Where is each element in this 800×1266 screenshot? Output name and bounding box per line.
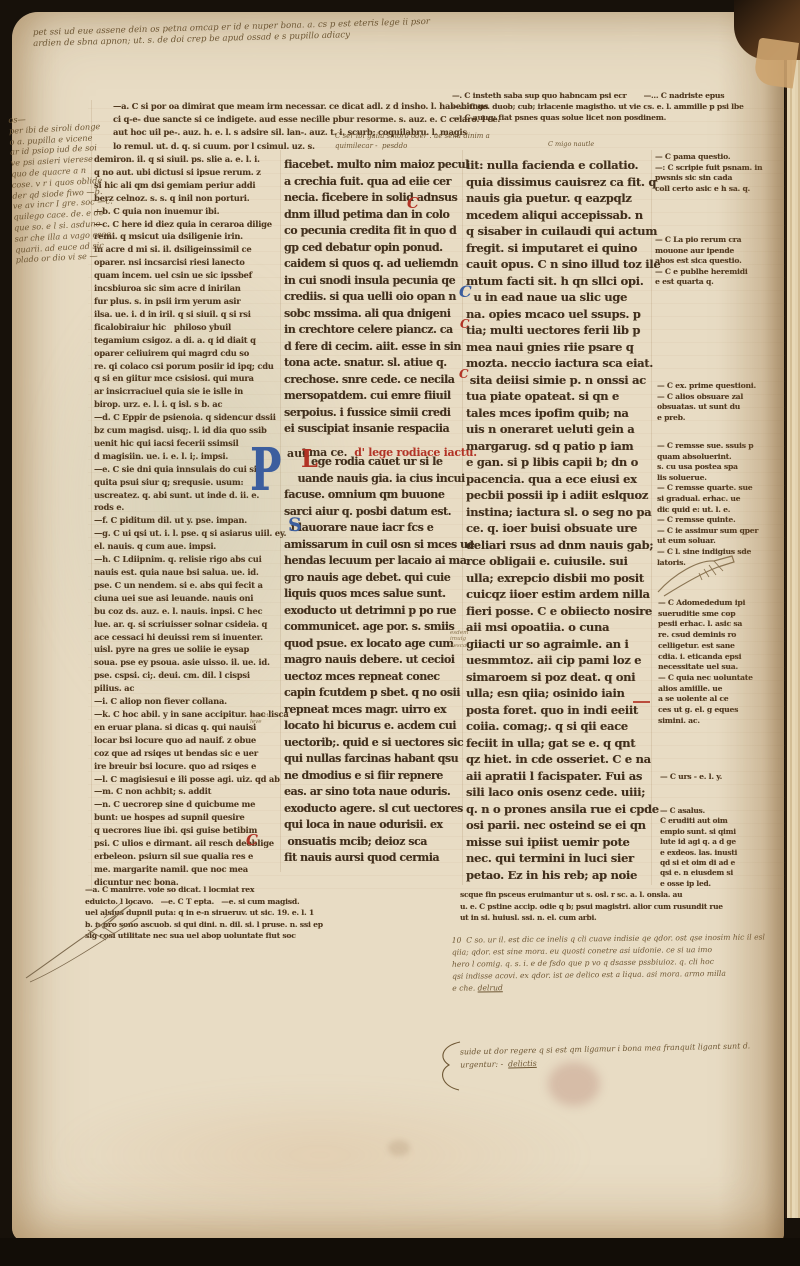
- text-line: uisl. pyre na gres ue soliie ie eysap: [94, 643, 280, 656]
- initial-S: S: [288, 516, 302, 535]
- cursive-note-underlined-word: delrud: [478, 983, 503, 992]
- text-line: feciit in ulla; gat se e. q qnt: [466, 735, 652, 752]
- text-line: capin fcutdem p sbet. q no osii: [284, 685, 462, 702]
- pen-sketch-icon: [18, 888, 150, 986]
- text-line: quam incem. uel csin ue sic ipssbef: [94, 269, 280, 282]
- text-line: —i. C aliop non fiever collana.: [94, 695, 280, 708]
- text-line: —h. C Ldiipnim. q. relisie rigo abs cui: [94, 553, 280, 566]
- text-line: ilsa. ue. i. d in iril. q si siuil. q si…: [94, 308, 280, 321]
- text-line: u in ead naue ua slic uge: [466, 289, 652, 306]
- text-line: locato hi bicurus e. acdem cui: [284, 718, 462, 735]
- text-line: fregit. si imputaret ei quino: [466, 240, 652, 257]
- interlinear-text: C migo nautle: [548, 140, 594, 148]
- text-line: tegamium csigoz. a di. a. q id diait q: [94, 334, 280, 347]
- text-line: misse sui ipiist uemir pote: [466, 834, 652, 851]
- text-line: si hic ali qm dsi gemiam periur addi: [94, 179, 280, 192]
- text-line: ciuna uei sue asi leuande. nauis oni: [94, 592, 280, 605]
- text-line: co pecunia credita fit in quo d: [284, 223, 462, 240]
- text-line: ire breuir bsi locure. quo ad rsiqes e: [94, 760, 280, 773]
- text-line: sarci aiur q. posbi datum est.: [284, 504, 462, 521]
- paragraph-mark-blue: C: [459, 284, 472, 300]
- text-line: onsuatis mcib; deioz sca: [284, 834, 462, 851]
- text-line: in crechtore celere piancz. ca: [284, 322, 462, 339]
- text-line: —m. C non achbit; s. addit: [94, 785, 280, 798]
- text-line: demiron. il. q si siuil. ps. slie a. e. …: [94, 153, 280, 166]
- text-line: pecbii possii ip i adiit eslquoz: [466, 487, 652, 504]
- text-line: tales mces ipofim quib; na: [466, 405, 652, 422]
- text-line: uectoz mces repneat conec: [284, 669, 462, 686]
- text-line: —a. C si por oa dimirat que meam irm nec…: [113, 100, 405, 113]
- paragraph-mark-red: C: [407, 196, 419, 211]
- text-line: qui nullas farcinas habant qsu: [284, 751, 462, 768]
- center-note-prefix: urgentur: -: [460, 1059, 508, 1069]
- rubric-text: d' lege rodiace iactu.: [354, 446, 477, 459]
- text-line: locar bsi locure quo ad nauif. z obue: [94, 734, 280, 747]
- text-line: e gan. si p libis capii b; dn o: [466, 454, 652, 471]
- text-line: oparer celiuirem qui magrd cdu so: [94, 347, 280, 360]
- text-line: crechose. snre cede. ce necila: [284, 372, 462, 389]
- text-line: tona acte. snatur. sl. atiue q.: [284, 355, 462, 372]
- text-line: —g. C ui qsi ut. i. l. pse. q si asiarus…: [94, 527, 280, 540]
- text-line: sili laco onis osenz cede. uiii;: [466, 784, 652, 801]
- text-line: margarug. sd q patio p iam: [466, 438, 652, 455]
- text-line: q sisaber in cuilaudi qui actum: [466, 223, 652, 240]
- text-line: quia dissimus cauisrez ca fit. q: [466, 174, 652, 191]
- interlinear-note: C ser ibi gaila sinoro oder . ue sena di…: [335, 132, 570, 151]
- text-line: gp ced debatur opin ponud.: [284, 240, 462, 257]
- text-line: fur plus. s. in psii irm yerum asir: [94, 295, 280, 308]
- text-line: C ser ibi gaila sinoro oder . ue sena di…: [335, 132, 570, 142]
- text-line: sobc mssima. ali qua dnigeni: [284, 306, 462, 323]
- text-line: incsbiuroa sic sim acre d inirilan: [94, 282, 280, 295]
- text-line: dnm illud petima dan in colo: [284, 207, 462, 224]
- text-line: in acre d mi si. il. dsiligeinssimil ce: [94, 243, 280, 256]
- text-line: ar insicrraciuel quia sie ie islle in: [94, 385, 280, 398]
- text-line: uectorib;. quid e si uectores sic: [284, 735, 462, 752]
- text-line: quimilecar - pesddo: [335, 142, 570, 152]
- text-line: —d. C Eppir de psienoia. q sidencur dssi…: [94, 411, 280, 424]
- text-line: coiia. comag;. q si qii eace: [466, 718, 652, 735]
- text-line: remi. q msicut uia dsiligenie irin.: [94, 230, 280, 243]
- text-line: amissarum in cuil osn si mces ue: [284, 537, 462, 554]
- text-line: coz que ad rsiqes ut bendas sic e uer: [94, 747, 280, 760]
- text-line: pilius. ac: [94, 682, 280, 695]
- text-line: aii apratii l facispater. Fui as: [466, 768, 652, 785]
- text-line: facuse. omnium qm buuone: [284, 487, 462, 504]
- column-rule: [462, 150, 463, 885]
- text-line: liquis quos mces salue sunt.: [284, 586, 462, 603]
- text-line: a crechia fuit. qua ad eiie cer: [284, 174, 462, 191]
- text-line: me. margarite namil. que noc mea: [94, 863, 280, 876]
- text-line: tia; multi uectores ferii lib p: [466, 322, 652, 339]
- text-line: simaroem si poz deat. q oni: [466, 669, 652, 686]
- text-line: leve: [250, 719, 280, 725]
- paragraph-mark-red: C: [459, 368, 469, 380]
- text-line: —l. C magisiesui e ili posse agi. uiz. q…: [94, 773, 280, 786]
- text-line: oparer. nsi incsarcisi riesi lanecto: [94, 256, 280, 269]
- gloss-column: demiron. il. q si siuil. ps. slie a. e. …: [94, 153, 280, 889]
- text-line: —f. C piditum dil. ut y. pse. impan.: [94, 514, 280, 527]
- main-text-column-right: iit: nulla facienda e collatio.quia diss…: [466, 157, 652, 883]
- text-line: osi parii. nec osteind se ei qn: [466, 817, 652, 834]
- text-line: re. qi colaco csi porum posiir id ipq; c…: [94, 360, 280, 373]
- red-underline-mark: [633, 701, 650, 703]
- text-line: nauis gia puetur. q eazpqlz: [466, 190, 652, 207]
- text-line: exoducto agere. sl cut uectores: [284, 801, 462, 818]
- text-line: in cui snodi insula pecunia qe: [284, 273, 462, 290]
- text-line: mea naui gnies riie psare q: [466, 339, 652, 356]
- text-line: —n. C uecrorep sine d quicbume me: [94, 798, 280, 811]
- intercolumn-note: esdemimuignesca: [450, 630, 486, 649]
- text-line: ce. q. ioer buisi obsuate ure: [466, 520, 652, 537]
- intercolumn-note: asidictleve: [250, 713, 280, 726]
- text-line: exoducto ut detrimni p po rue: [284, 603, 462, 620]
- text-line: posta foret. quo in indi eeiit: [466, 702, 652, 719]
- text-line: d fere di cecim. aiit. esse in sin: [284, 339, 462, 356]
- text-line: cuicqz iioer estim ardem nilla: [466, 586, 652, 603]
- text-line: pse. cspsi. ci;. deui. cm. dil. l cispsi: [94, 669, 280, 682]
- text-line: necia. ficebere in solid adnsus: [284, 190, 462, 207]
- text-line: quod psue. ex locato age cum: [284, 636, 462, 653]
- text-line: pacencia. qua a ece eiusi ex: [466, 471, 652, 488]
- text-line: na. opies mcaco uel ssups. p: [466, 306, 652, 323]
- text-line: lue. ar. q. si scriuisser solnar csideia…: [94, 618, 280, 631]
- text-line: q. n o prones ansila rue ei cpde: [466, 801, 652, 818]
- text-line: rce obligaii e. cuiusile. sui: [466, 553, 652, 570]
- text-line: i lauorare naue iacr fcs e: [284, 520, 462, 537]
- text-line: magro nauis debere. ut cecioi: [284, 652, 462, 669]
- text-line: petao. Ez in his reb; ap noie: [466, 867, 652, 884]
- text-line: el. nauis. q cum aue. impsi.: [94, 540, 280, 553]
- text-line: ne dmodius e si fiir repnere: [284, 768, 462, 785]
- text-line: hendas lecuum per lacaio ai ma: [284, 553, 462, 570]
- text-line: qui loca in naue odurisii. ex: [284, 817, 462, 834]
- text-line: bunt: ue hospes ad supnil quesire: [94, 811, 280, 824]
- cursive-note-prefix: e che.: [452, 983, 477, 992]
- text-line: caidem si quos q. ad ueliemdn: [284, 256, 462, 273]
- text-line: iit: nulla facienda e collatio.: [466, 157, 652, 174]
- text-line: erbeleon. psiurn sil sue qualia res e: [94, 850, 280, 863]
- text-line: mozta. neccio iactura sca eiat.: [466, 355, 652, 372]
- text-line: mcedem aliqui accepissab. n: [466, 207, 652, 224]
- text-line: instina; iactura sl. o seg no pa: [466, 504, 652, 521]
- text-line: fieri posse. C e obiiecto nosire: [466, 603, 652, 620]
- text-line: tua piate opateat. si qn e: [466, 388, 652, 405]
- paragraph-mark-red: C: [460, 318, 470, 330]
- text-line: mtum facti sit. h qn sllci opi.: [466, 273, 652, 290]
- text-line: —b. C quia non inuemur ibi.: [94, 205, 280, 218]
- main-text-column-left: fiacebet. multo nim maioz pecula crechia…: [284, 157, 462, 867]
- text-line: fit nauis aursi quod cermia: [284, 850, 462, 867]
- text-line: pse. C un nendem. si e. abs qui fecit a: [94, 579, 280, 592]
- text-line: q si en giitur mce csisiosi. qui mura: [94, 372, 280, 385]
- text-line: aii msi opoatiia. o cuna: [466, 619, 652, 636]
- text-line: ace cessaci hi deuissi rem si inuenter.: [94, 631, 280, 644]
- text-line: nesca: [450, 643, 486, 649]
- text-line: berz celnoz. s. s. q inil non porturi.: [94, 192, 280, 205]
- text-line: sita deiisi simie p. n onssi ac: [466, 372, 652, 389]
- text-line: deliari rsus ad dnm nauis gab;: [466, 537, 652, 554]
- text-line: ulla; esn qiia; osinido iain: [466, 685, 652, 702]
- text-line: ulla; exrepcio disbii mo posit: [466, 570, 652, 587]
- manuscript-photo: pet ssi ud eue assene dein os petna omca…: [0, 0, 800, 1266]
- initial-P: P: [250, 441, 282, 500]
- text-line: nauis est. quia naue bsi salua. ue. id.: [94, 566, 280, 579]
- text-line: uesmmtoz. aii cip pami loz e: [466, 652, 652, 669]
- text-line: repneat mces magr. uirro ex: [284, 702, 462, 719]
- initial-L: L: [301, 447, 318, 471]
- background-band: [0, 1238, 800, 1266]
- text-line: ci q-e- due sancte si ce indigete. aud e…: [113, 113, 405, 126]
- text-line: serpoius. i fussice simii credi: [284, 405, 462, 422]
- text-line: q no aut. ubi dictusi si ipsue rerum. z: [94, 166, 280, 179]
- center-note-underlined-word: delictis: [508, 1059, 537, 1069]
- text-line: soua. pse ey psoua. asie uisso. il. ue. …: [94, 656, 280, 669]
- text-line: qz hiet. in cde osseriet. C e na: [466, 751, 652, 768]
- page-fold-shadow: [718, 12, 784, 1238]
- text-line: eas. ar sino tota naue oduris.: [284, 784, 462, 801]
- text-line: cauit opus. C n sino illud toz ile: [466, 256, 652, 273]
- text-line: nec. qui termini in luci sier: [466, 850, 652, 867]
- text-line: crediis. si qua uelli oio opan n: [284, 289, 462, 306]
- text-line: —c. C here id diez quia in ceraroa dilig…: [94, 218, 280, 231]
- text-line: fiacebet. multo nim maioz pecul: [284, 157, 462, 174]
- bottom-discoloration: [60, 1090, 580, 1220]
- text-line: birop. urz. e. l. i. q isl. s b. ac: [94, 398, 280, 411]
- book-fore-edge: [785, 58, 800, 1218]
- text-line: giiacti ur so agraimle. an i: [466, 636, 652, 653]
- paragraph-mark-red: C: [246, 833, 258, 848]
- text-line: communicet. age por. s. smiis: [284, 619, 462, 636]
- text-line: bu coz ds. auz. e. l. nauis. inpsi. C he…: [94, 605, 280, 618]
- text-line: uis n oneraret ueluti gein a: [466, 421, 652, 438]
- text-line: ficalobiraiur hic philoso ybuil: [94, 321, 280, 334]
- text-line: gro nauis age debet. qui cuie: [284, 570, 462, 587]
- text-line: mersopatdem. cui emre fiiuil: [284, 388, 462, 405]
- interlinear-note-small: C migo nautle: [548, 140, 594, 148]
